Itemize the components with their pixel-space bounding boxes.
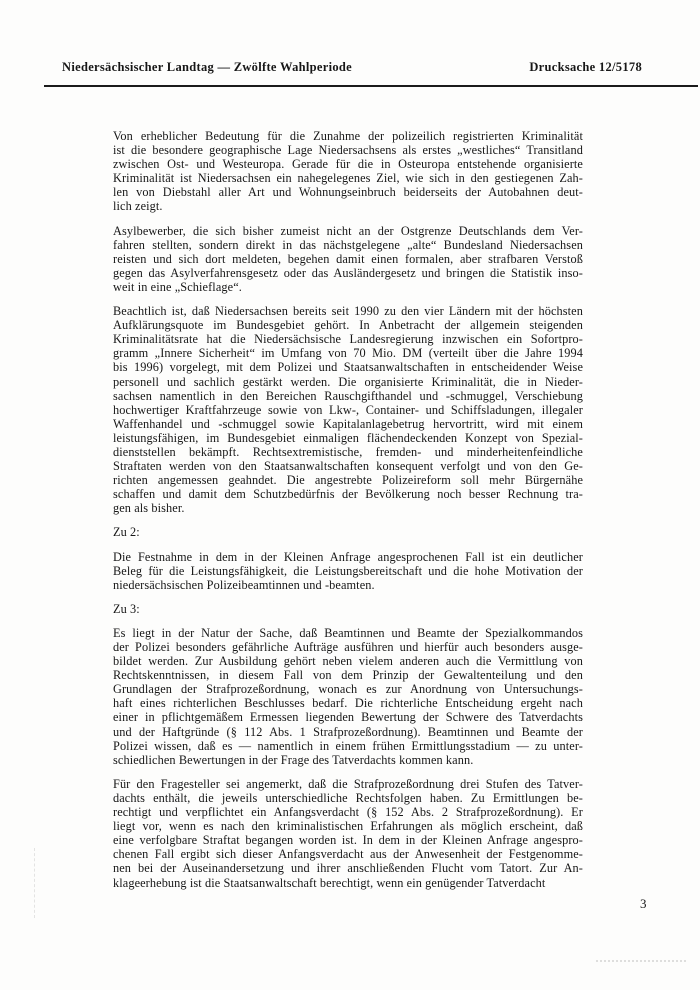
- text-line: reisten und sich dort meldeten, begehen …: [113, 252, 583, 266]
- text-line: und der Haftgründe (§ 112 Abs. 1 Strafpr…: [113, 725, 583, 739]
- text-line: Kriminalitätsrate hat die Niedersächsisc…: [113, 332, 583, 346]
- text-line: fahren stellten, sondern direkt in das n…: [113, 238, 583, 252]
- text-line: hochwertiger Kraftfahrzeuge sowie von Lk…: [113, 403, 583, 417]
- text-line: Rechtskenntnissen, in diesem Fall von de…: [113, 668, 583, 682]
- document-body: Von erheblicher Bedeutung für die Zunahm…: [113, 129, 583, 900]
- paragraph: Von erheblicher Bedeutung für die Zunahm…: [113, 129, 583, 214]
- text-line: Die Festnahme in dem in der Kleinen Anfr…: [113, 550, 583, 564]
- text-line: gramm „Innere Sicherheit“ im Umfang von …: [113, 346, 583, 360]
- text-line: eine verfolgbare Straftat begangen worde…: [113, 833, 583, 847]
- scan-artifact-left-edge: [34, 848, 35, 918]
- text-line: ist die besondere geographische Lage Nie…: [113, 143, 583, 157]
- document-page: Niedersächsischer Landtag — Zwölfte Wahl…: [0, 0, 700, 990]
- header-rule: [44, 85, 698, 87]
- text-line: liegt vor, wenn es nach den kriminalisti…: [113, 819, 583, 833]
- text-line: personell und sachlich gestärkt werden. …: [113, 375, 583, 389]
- header-left-title: Niedersächsischer Landtag — Zwölfte Wahl…: [62, 60, 352, 75]
- text-line: dachts enthält, die jeweils unterschiedl…: [113, 791, 583, 805]
- text-line: Beleg für die Leistungsfähigkeit, die Le…: [113, 564, 583, 578]
- paragraph: Beachtlich ist, daß Niedersachsen bereit…: [113, 304, 583, 515]
- text-line: Es liegt in der Natur der Sache, daß Bea…: [113, 626, 583, 640]
- text-line: bildet werden. Zur Ausbildung gehört neb…: [113, 654, 583, 668]
- text-line: leistungsfähigen, im Bundesgebiet einmal…: [113, 431, 583, 445]
- text-line: einer in pflichtgemäßem Ermessen liegend…: [113, 710, 583, 724]
- text-line: zwischen Ost- und Westeuropa. Gerade für…: [113, 157, 583, 171]
- text-line: Grundlagen der Strafprozeßordnung, wonac…: [113, 682, 583, 696]
- paragraph: Es liegt in der Natur der Sache, daß Bea…: [113, 626, 583, 767]
- text-line: Straftaten werden von den Staatsanwaltsc…: [113, 459, 583, 473]
- text-line: sachsen namentlich in den Bereichen Raus…: [113, 389, 583, 403]
- text-line: Von erheblicher Bedeutung für die Zunahm…: [113, 129, 583, 143]
- text-line: richten angemessen geahndet. Die angestr…: [113, 473, 583, 487]
- text-line: Für den Fragesteller sei angemerkt, daß …: [113, 777, 583, 791]
- page-number: 3: [640, 896, 647, 912]
- text-line: gen als bisher.: [113, 501, 583, 515]
- text-line: niedersächsischen Polizeibeamtinnen und …: [113, 578, 583, 592]
- paragraph: Asylbewerber, die sich bisher zumeist ni…: [113, 224, 583, 294]
- text-line: dienststellen bekämpft. Rechtsextremisti…: [113, 445, 583, 459]
- text-line: der Polizei besonders gefährliche Aufträ…: [113, 640, 583, 654]
- text-line: Aufklärungsquote im Bundesgebiet gehört.…: [113, 318, 583, 332]
- text-line: Kriminalität ist Niedersachsen ein naheg…: [113, 171, 583, 185]
- paragraph: Die Festnahme in dem in der Kleinen Anfr…: [113, 550, 583, 592]
- text-line: weit in eine „Schieflage“.: [113, 280, 583, 294]
- text-line: haft eines richterlichen Beschlusses bed…: [113, 696, 583, 710]
- text-line: bis 1996) vorgelegt, mit dem Polizei und…: [113, 360, 583, 374]
- text-line: nen bei der Auseinandersetzung und ihrer…: [113, 861, 583, 875]
- text-line: gegen das Asylverfahrensgesetz oder das …: [113, 266, 583, 280]
- section-heading: Zu 2:: [113, 525, 583, 539]
- text-line: chenen Fall ergibt sich dieser Anfangsve…: [113, 847, 583, 861]
- text-line: Beachtlich ist, daß Niedersachsen bereit…: [113, 304, 583, 318]
- scan-artifact-bottom-right: [596, 960, 686, 962]
- text-line: klageerhebung ist die Staatsanwaltschaft…: [113, 876, 583, 890]
- text-line: rechtigt und verpflichtet ein Anfangsver…: [113, 805, 583, 819]
- section-heading: Zu 3:: [113, 602, 583, 616]
- text-line: Polizei wissen, daß es — namentlich in e…: [113, 739, 583, 753]
- header-right-document-number: Drucksache 12/5178: [529, 60, 642, 75]
- text-line: len von Diebstahl aller Art und Wohnungs…: [113, 185, 583, 199]
- text-line: schiedlichen Bewertungen in der Frage de…: [113, 753, 583, 767]
- text-line: Waffenhandel und -schmuggel sowie Kapita…: [113, 417, 583, 431]
- text-line: Asylbewerber, die sich bisher zumeist ni…: [113, 224, 583, 238]
- text-line: lich zeigt.: [113, 199, 583, 213]
- paragraph: Für den Fragesteller sei angemerkt, daß …: [113, 777, 583, 890]
- text-line: schaffen und damit dem Schutzbedürfnis d…: [113, 487, 583, 501]
